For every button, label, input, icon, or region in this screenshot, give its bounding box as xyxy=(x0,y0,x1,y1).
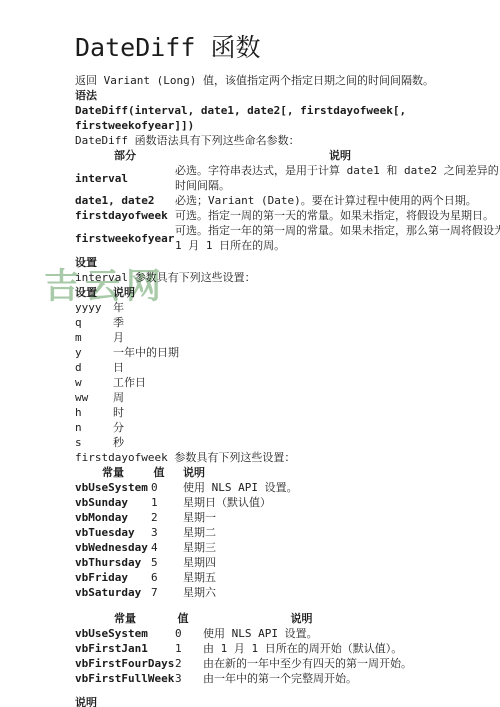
table-row: ww周 xyxy=(75,390,179,405)
table-header-row: 设置 说明 xyxy=(75,285,179,300)
column-header-desc: 说明 xyxy=(167,465,298,480)
table-row: vbSunday1星期日（默认值） xyxy=(75,495,298,510)
cell-constant: vbFirstFourDays xyxy=(75,656,175,671)
interval-settings-table: 设置 说明 yyyy年q季m月y一年中的日期d日w工作日ww周h时n分s秒 xyxy=(75,285,179,450)
cell-desc: 周 xyxy=(103,390,179,405)
table-header-row: 常量 值 说明 xyxy=(75,611,412,626)
cell-value: 2 xyxy=(151,510,167,525)
firstweekofyear-table: 常量 值 说明 vbUseSystem0使用 NLS API 设置。vbFirs… xyxy=(75,611,412,686)
cell-desc: 由一年中的第一个完整周开始。 xyxy=(191,671,412,686)
cell-value: 5 xyxy=(151,555,167,570)
cell-setting: d xyxy=(75,360,103,375)
table-row: vbWednesday4星期三 xyxy=(75,540,298,555)
syntax-code-line: DateDiff(interval, date1, date2[, firstd… xyxy=(75,103,500,133)
cell-constant: vbUseSystem xyxy=(75,626,175,641)
cell-desc: 可选。指定一年的第一周的常量。如果未指定，那么第一周将假设为 1 月 1 日所在… xyxy=(175,223,500,253)
cell-value: 1 xyxy=(175,641,191,656)
cell-desc: 日 xyxy=(103,360,179,375)
table-row: m月 xyxy=(75,330,179,345)
table-row: vbTuesday3星期二 xyxy=(75,525,298,540)
cell-desc: 由在新的一年中至少有四天的第一周开始。 xyxy=(191,656,412,671)
cell-setting: s xyxy=(75,435,103,450)
table-header-row: 常量 值 说明 xyxy=(75,465,298,480)
page-title: DateDiff 函数 xyxy=(75,36,500,60)
cell-value: 1 xyxy=(151,495,167,510)
cell-setting: w xyxy=(75,375,103,390)
document-page: { "page_title": "DateDiff 函数", "intro": … xyxy=(0,0,500,707)
column-header-constant: 常量 xyxy=(75,465,151,480)
cell-constant: vbFirstFullWeek xyxy=(75,671,175,686)
cell-constant: vbTuesday xyxy=(75,525,151,540)
table-row: vbFirstFourDays2由在新的一年中至少有四天的第一周开始。 xyxy=(75,656,412,671)
table-row: firstdayofweek可选。指定一周的第一天的常量。如果未指定，将假设为星… xyxy=(75,208,500,223)
cell-value: 0 xyxy=(175,626,191,641)
interval-settings-note: interval 参数具有下列这些设置： xyxy=(75,270,500,285)
table-row: interval必选。字符串表达式，是用于计算 date1 和 date2 之间… xyxy=(75,163,500,193)
table-row: s秒 xyxy=(75,435,179,450)
table-row: firstweekofyear可选。指定一年的第一周的常量。如果未指定，那么第一… xyxy=(75,223,500,253)
cell-part: date1, date2 xyxy=(75,193,175,208)
cell-desc: 星期三 xyxy=(167,540,298,555)
cell-constant: vbUseSystem xyxy=(75,480,151,495)
cell-setting: ww xyxy=(75,390,103,405)
cell-desc: 使用 NLS API 设置。 xyxy=(191,626,412,641)
remarks-heading: 说明 xyxy=(75,695,500,707)
cell-desc: 一年中的日期 xyxy=(103,345,179,360)
cell-setting: m xyxy=(75,330,103,345)
cell-desc: 时 xyxy=(103,405,179,420)
table-row: vbThursday5星期四 xyxy=(75,555,298,570)
cell-value: 3 xyxy=(151,525,167,540)
cell-value: 4 xyxy=(151,540,167,555)
table-row: yyyy年 xyxy=(75,300,179,315)
cell-desc: 月 xyxy=(103,330,179,345)
cell-desc: 星期四 xyxy=(167,555,298,570)
cell-part: firstweekofyear xyxy=(75,223,175,253)
settings-heading: 设置 xyxy=(75,255,500,270)
cell-constant: vbSaturday xyxy=(75,585,151,600)
table-row: h时 xyxy=(75,405,179,420)
table-row: n分 xyxy=(75,420,179,435)
cell-desc: 星期一 xyxy=(167,510,298,525)
intro-paragraph: 返回 Variant (Long) 值，该值指定两个指定日期之间的时间间隔数。 xyxy=(75,73,500,88)
cell-setting: h xyxy=(75,405,103,420)
cell-desc: 年 xyxy=(103,300,179,315)
column-header-desc: 说明 xyxy=(191,611,412,626)
table-row: date1, date2必选；Variant (Date)。要在计算过程中使用的… xyxy=(75,193,500,208)
table-row: vbFirstJan11由 1 月 1 日所在的周开始（默认值）。 xyxy=(75,641,412,656)
cell-desc: 分 xyxy=(103,420,179,435)
firstdayofweek-settings-note: firstdayofweek 参数具有下列这些设置： xyxy=(75,450,500,465)
column-header-desc: 说明 xyxy=(103,285,179,300)
cell-desc: 由 1 月 1 日所在的周开始（默认值）。 xyxy=(191,641,412,656)
cell-value: 2 xyxy=(175,656,191,671)
table-row: vbFirstFullWeek3由一年中的第一个完整周开始。 xyxy=(75,671,412,686)
cell-desc: 使用 NLS API 设置。 xyxy=(167,480,298,495)
column-header-value: 值 xyxy=(175,611,191,626)
cell-setting: n xyxy=(75,420,103,435)
cell-desc: 可选。指定一周的第一天的常量。如果未指定，将假设为星期日。 xyxy=(175,208,500,223)
cell-desc: 季 xyxy=(103,315,179,330)
table-row: w工作日 xyxy=(75,375,179,390)
table-header-row: 部分 说明 xyxy=(75,148,500,163)
cell-constant: vbThursday xyxy=(75,555,151,570)
named-args-note: DateDiff 函数语法具有下列这些命名参数： xyxy=(75,133,500,148)
cell-desc: 星期六 xyxy=(167,585,298,600)
cell-setting: y xyxy=(75,345,103,360)
cell-desc: 秒 xyxy=(103,435,179,450)
table-row: vbUseSystem0使用 NLS API 设置。 xyxy=(75,626,412,641)
column-header-constant: 常量 xyxy=(75,611,175,626)
parts-table: 部分 说明 interval必选。字符串表达式，是用于计算 date1 和 da… xyxy=(75,148,500,253)
syntax-heading: 语法 xyxy=(75,88,500,103)
table-row: vbMonday2星期一 xyxy=(75,510,298,525)
cell-constant: vbSunday xyxy=(75,495,151,510)
column-header-setting: 设置 xyxy=(75,285,103,300)
table-row: q季 xyxy=(75,315,179,330)
table-row: y一年中的日期 xyxy=(75,345,179,360)
document-content: DateDiff 函数 返回 Variant (Long) 值，该值指定两个指定… xyxy=(75,28,500,707)
cell-value: 3 xyxy=(175,671,191,686)
cell-desc: 星期日（默认值） xyxy=(167,495,298,510)
cell-value: 7 xyxy=(151,585,167,600)
column-header-part: 部分 xyxy=(75,148,175,163)
cell-setting: q xyxy=(75,315,103,330)
cell-part: firstdayofweek xyxy=(75,208,175,223)
cell-desc: 星期二 xyxy=(167,525,298,540)
cell-constant: vbFirstJan1 xyxy=(75,641,175,656)
column-header-value: 值 xyxy=(151,465,167,480)
table-row: d日 xyxy=(75,360,179,375)
table-row: vbSaturday7星期六 xyxy=(75,585,298,600)
firstdayofweek-table: 常量 值 说明 vbUseSystem0使用 NLS API 设置。vbSund… xyxy=(75,465,298,600)
cell-constant: vbFriday xyxy=(75,570,151,585)
cell-desc: 必选；Variant (Date)。要在计算过程中使用的两个日期。 xyxy=(175,193,500,208)
cell-constant: vbMonday xyxy=(75,510,151,525)
cell-value: 0 xyxy=(151,480,167,495)
column-header-desc: 说明 xyxy=(175,148,500,163)
cell-constant: vbWednesday xyxy=(75,540,151,555)
cell-desc: 必选。字符串表达式，是用于计算 date1 和 date2 之间差异的时间间隔。 xyxy=(175,163,500,193)
cell-desc: 星期五 xyxy=(167,570,298,585)
cell-value: 6 xyxy=(151,570,167,585)
table-row: vbFriday6星期五 xyxy=(75,570,298,585)
cell-part: interval xyxy=(75,163,175,193)
table-row: vbUseSystem0使用 NLS API 设置。 xyxy=(75,480,298,495)
cell-desc: 工作日 xyxy=(103,375,179,390)
cell-setting: yyyy xyxy=(75,300,103,315)
